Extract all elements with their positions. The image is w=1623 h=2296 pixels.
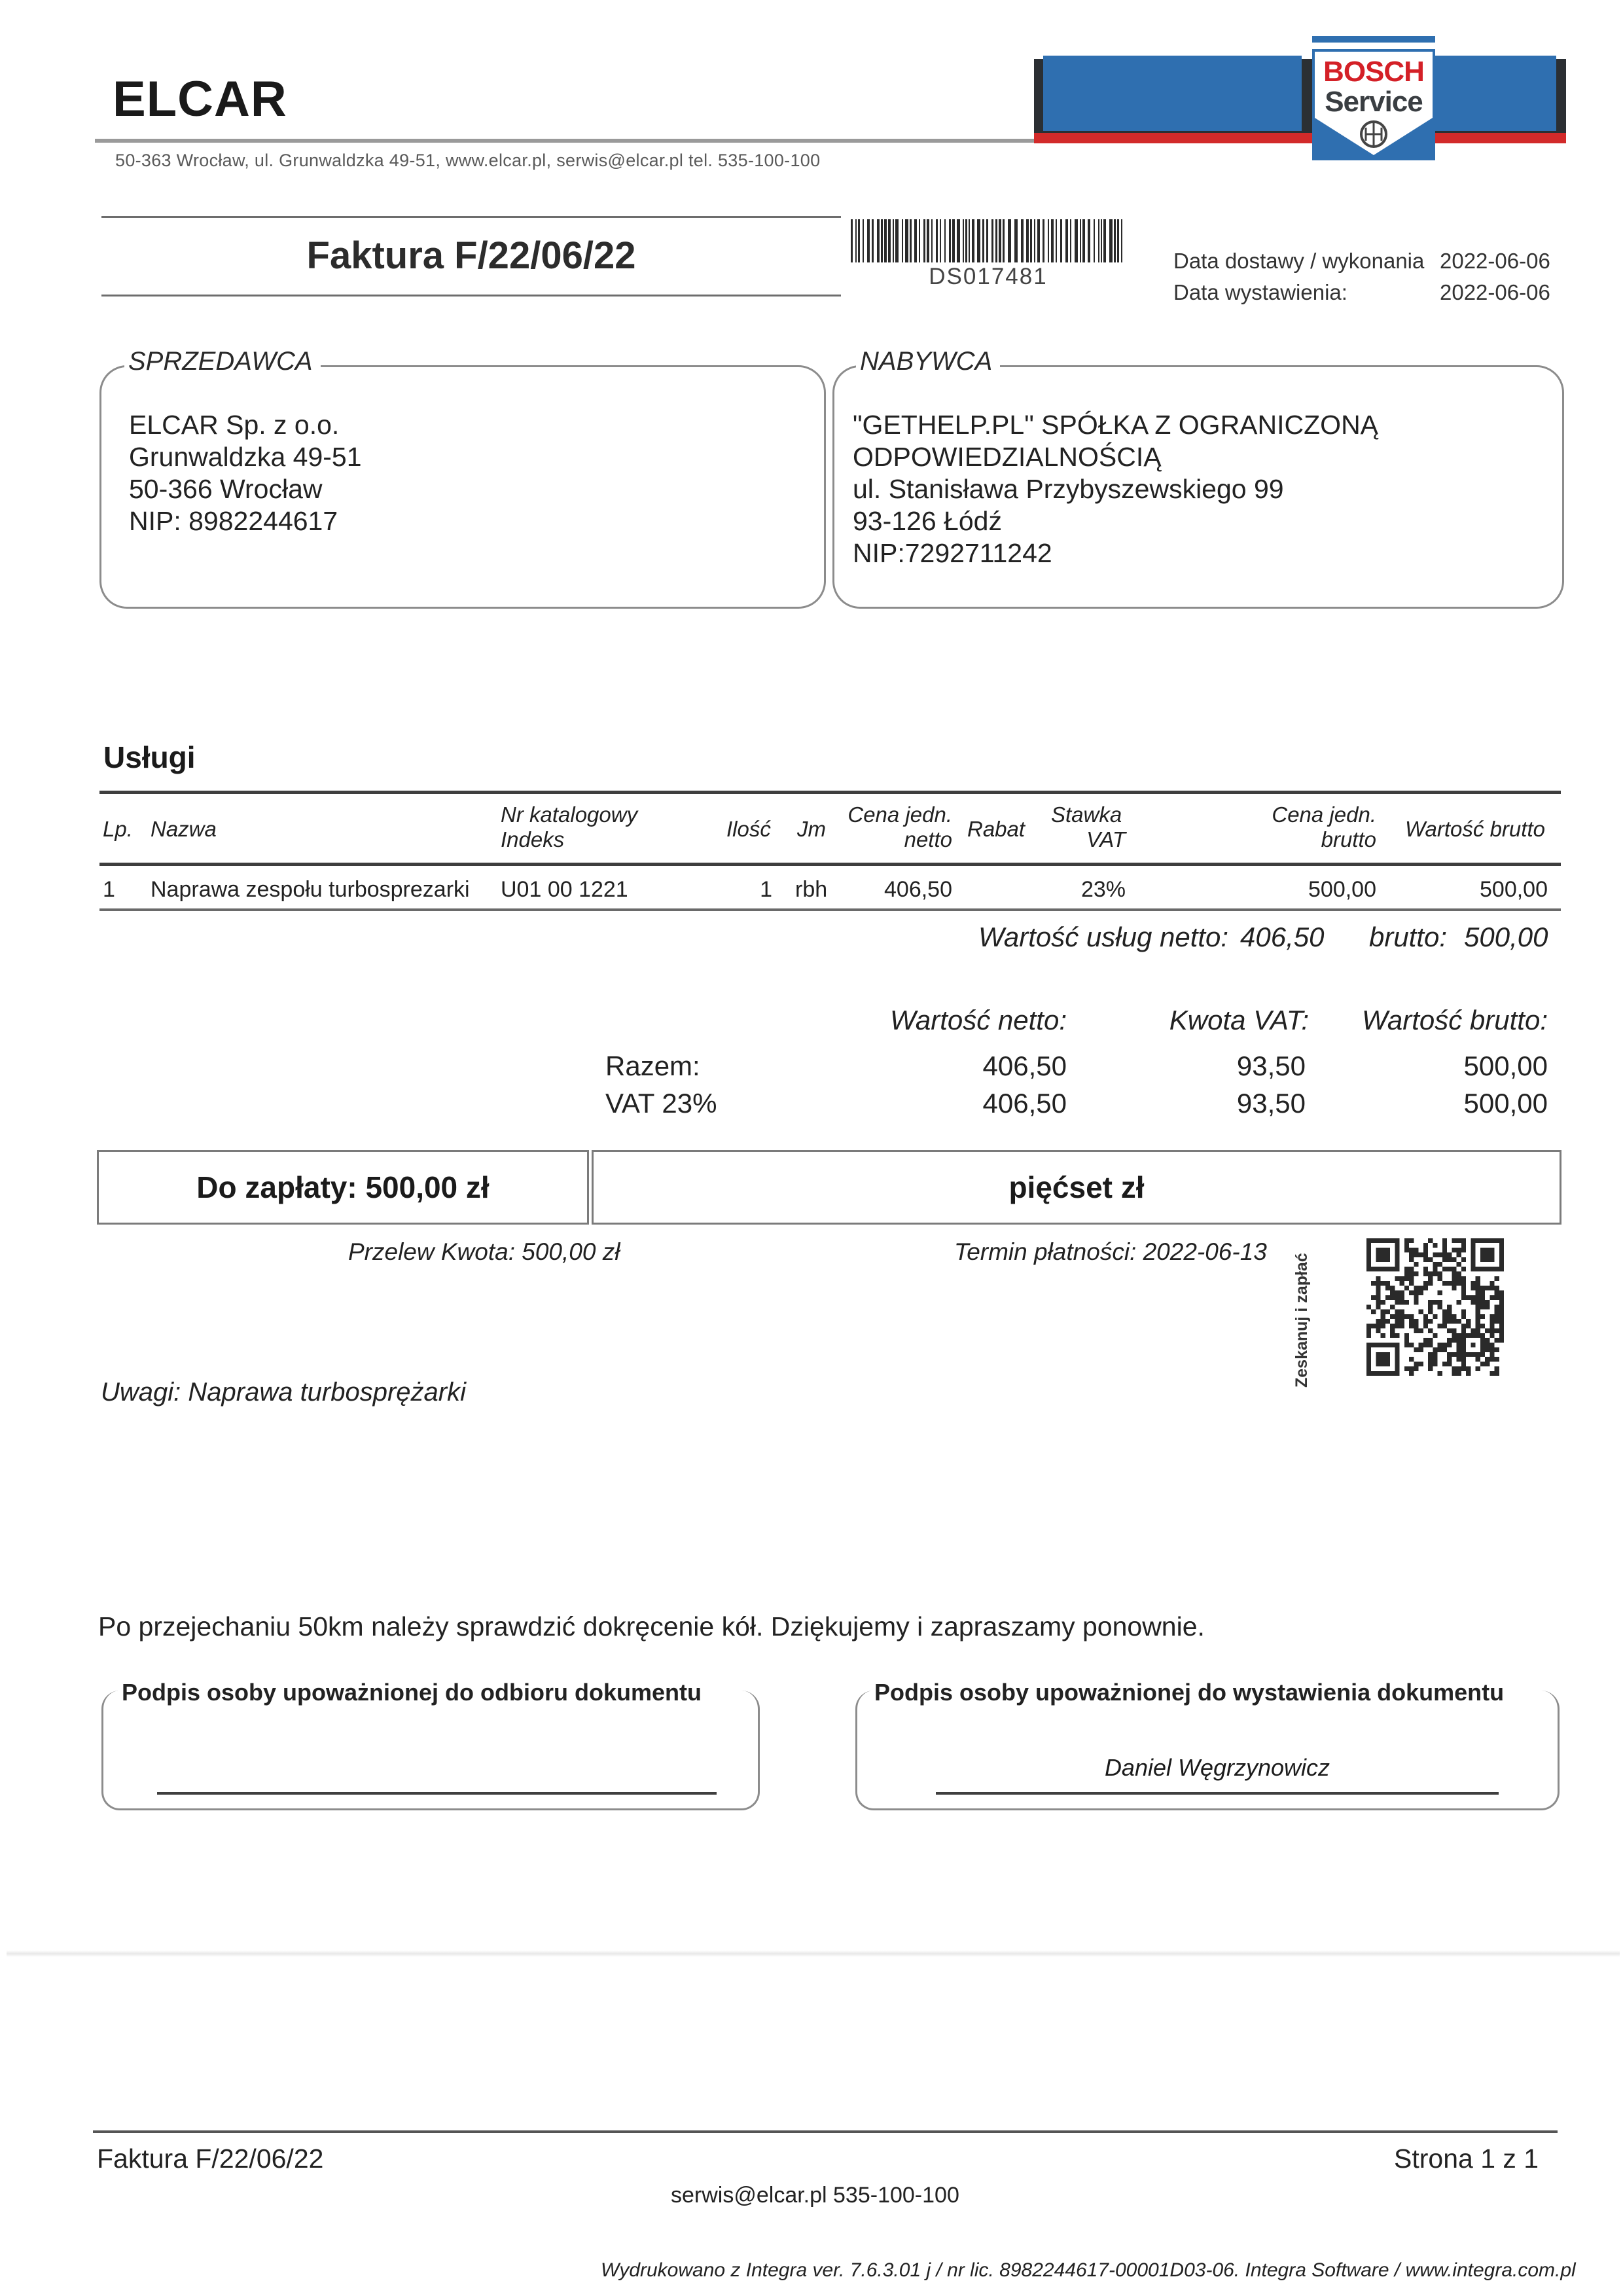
issue-date-value: 2022-06-06	[1440, 280, 1550, 305]
col-catalog: Nr katalogowyIndeks	[501, 802, 637, 852]
issuer-signature-line	[936, 1792, 1499, 1795]
col-name: Nazwa	[151, 817, 217, 842]
col-vat-rate: StawkaVAT	[1021, 802, 1126, 852]
seller-city: 50-366 Wrocław	[129, 473, 362, 505]
totals-row-gross: 500,00	[1394, 1050, 1548, 1082]
invoice-title: Faktura F/22/06/22	[101, 234, 841, 278]
seller-heading: SPRZEDAWCA	[124, 347, 321, 376]
payment-qr-code-icon	[1366, 1238, 1504, 1376]
table-rule-bottom	[99, 908, 1561, 911]
payment-method: Przelew Kwota: 500,00 zł	[348, 1238, 620, 1266]
footer-contact: serwis@elcar.pl 535-100-100	[671, 2183, 959, 2208]
col-gross-price: Cena jedn.brutto	[1243, 802, 1376, 852]
qr-caption: Zeskanuj i zapłać	[1293, 1253, 1311, 1388]
barcode-icon	[851, 219, 1126, 262]
amount-words-box: pięćset zł	[592, 1150, 1561, 1225]
row-net-price: 406,50	[825, 877, 952, 903]
totals-row-vat: 93,50	[1152, 1050, 1306, 1082]
bosch-service-logo: BOSCH Service	[1034, 36, 1571, 160]
row-gross-price: 500,00	[1243, 877, 1376, 903]
table-rule-top	[99, 791, 1561, 794]
totals-row-gross: 500,00	[1394, 1088, 1548, 1119]
services-gross-value: 500,00	[1464, 922, 1548, 953]
services-net-value: 406,50	[1240, 922, 1324, 953]
scan-artifact	[7, 1950, 1620, 1957]
row-vat-rate: 23%	[1021, 877, 1126, 903]
title-rule-bottom	[101, 295, 841, 296]
totals-row-net: 406,50	[916, 1050, 1067, 1082]
title-rule-top	[101, 216, 841, 218]
col-net-price: Cena jedn.netto	[825, 802, 952, 852]
row-unit: rbh	[795, 877, 827, 903]
issue-date-label: Data wystawienia:	[1173, 280, 1347, 305]
seller-name: ELCAR Sp. z o.o.	[129, 409, 362, 441]
totals-row-net: 406,50	[916, 1088, 1067, 1119]
amount-in-words: pięćset zł	[1008, 1170, 1144, 1205]
delivery-date-value: 2022-06-06	[1440, 249, 1550, 274]
totals-header-vat: Kwota VAT:	[1113, 1005, 1309, 1036]
closing-note: Po przejechaniu 50km należy sprawdzić do…	[98, 1611, 1205, 1642]
buyer-name-2: ODPOWIEDZIALNOŚCIĄ	[853, 441, 1378, 473]
header-rule	[95, 139, 1057, 143]
row-gross-value: 500,00	[1374, 877, 1548, 903]
col-discount: Rabat	[967, 817, 1025, 842]
col-qty: Ilość	[726, 817, 771, 842]
amount-due-box: Do zapłaty: 500,00 zł	[97, 1150, 589, 1225]
col-gross-value: Wartość brutto	[1405, 817, 1545, 842]
footer-rule	[93, 2130, 1558, 2133]
payment-deadline: Termin płatności: 2022-06-13	[954, 1238, 1267, 1266]
totals-header-net: Wartość netto:	[851, 1005, 1067, 1036]
totals-row-vat: 93,50	[1152, 1088, 1306, 1119]
page-number: Strona 1 z 1	[1394, 2144, 1539, 2174]
seller-nip: NIP: 8982244617	[129, 505, 362, 537]
row-lp: 1	[103, 877, 115, 903]
printed-by-note: Wydrukowano z Integra ver. 7.6.3.01 j / …	[601, 2259, 1576, 2282]
receiver-signature-label: Podpis osoby upoważnionej do odbioru dok…	[118, 1679, 705, 1706]
row-name: Naprawa zespołu turbosprezarki	[151, 877, 470, 903]
barcode-number: DS017481	[851, 264, 1126, 290]
table-rule-header	[99, 863, 1561, 866]
seller-details: ELCAR Sp. z o.o. Grunwaldzka 49-51 50-36…	[129, 409, 362, 537]
buyer-details: "GETHELP.PL" SPÓŁKA Z OGRANICZONĄ ODPOWI…	[853, 409, 1378, 569]
row-qty: 1	[720, 877, 772, 903]
delivery-date-label: Data dostawy / wykonania	[1173, 249, 1424, 274]
buyer-heading: NABYWCA	[856, 347, 1000, 376]
buyer-nip: NIP:7292711242	[853, 537, 1378, 569]
receiver-signature-line	[157, 1792, 717, 1795]
buyer-name-1: "GETHELP.PL" SPÓŁKA Z OGRANICZONĄ	[853, 409, 1378, 441]
services-heading: Usługi	[103, 740, 196, 775]
totals-header-gross: Wartość brutto:	[1342, 1005, 1548, 1036]
seller-street: Grunwaldzka 49-51	[129, 441, 362, 473]
company-address-line: 50-363 Wrocław, ul. Grunwaldzka 49-51, w…	[115, 151, 820, 171]
services-net-label: Wartość usług netto:	[978, 922, 1228, 953]
totals-row-label: Razem:	[605, 1050, 700, 1082]
services-gross-label: brutto:	[1369, 922, 1447, 953]
row-catalog: U01 00 1221	[501, 877, 628, 903]
buyer-city: 93-126 Łódź	[853, 505, 1378, 537]
col-lp: Lp.	[103, 817, 133, 842]
bosch-brand-text: BOSCH	[1312, 56, 1435, 88]
issuer-signature-label: Podpis osoby upoważnionej do wystawienia…	[870, 1679, 1508, 1706]
bosch-service-text: Service	[1312, 86, 1435, 118]
amount-due: Do zapłaty: 500,00 zł	[196, 1170, 489, 1205]
totals-row-label: VAT 23%	[605, 1088, 717, 1119]
footer-invoice-title: Faktura F/22/06/22	[97, 2144, 323, 2174]
remarks: Uwagi: Naprawa turbosprężarki	[101, 1378, 466, 1407]
company-logo: ELCAR	[113, 71, 287, 128]
col-unit: Jm	[797, 817, 826, 842]
issuer-name: Daniel Węgrzynowicz	[936, 1754, 1499, 1782]
buyer-street: ul. Stanisława Przybyszewskiego 99	[853, 473, 1378, 505]
